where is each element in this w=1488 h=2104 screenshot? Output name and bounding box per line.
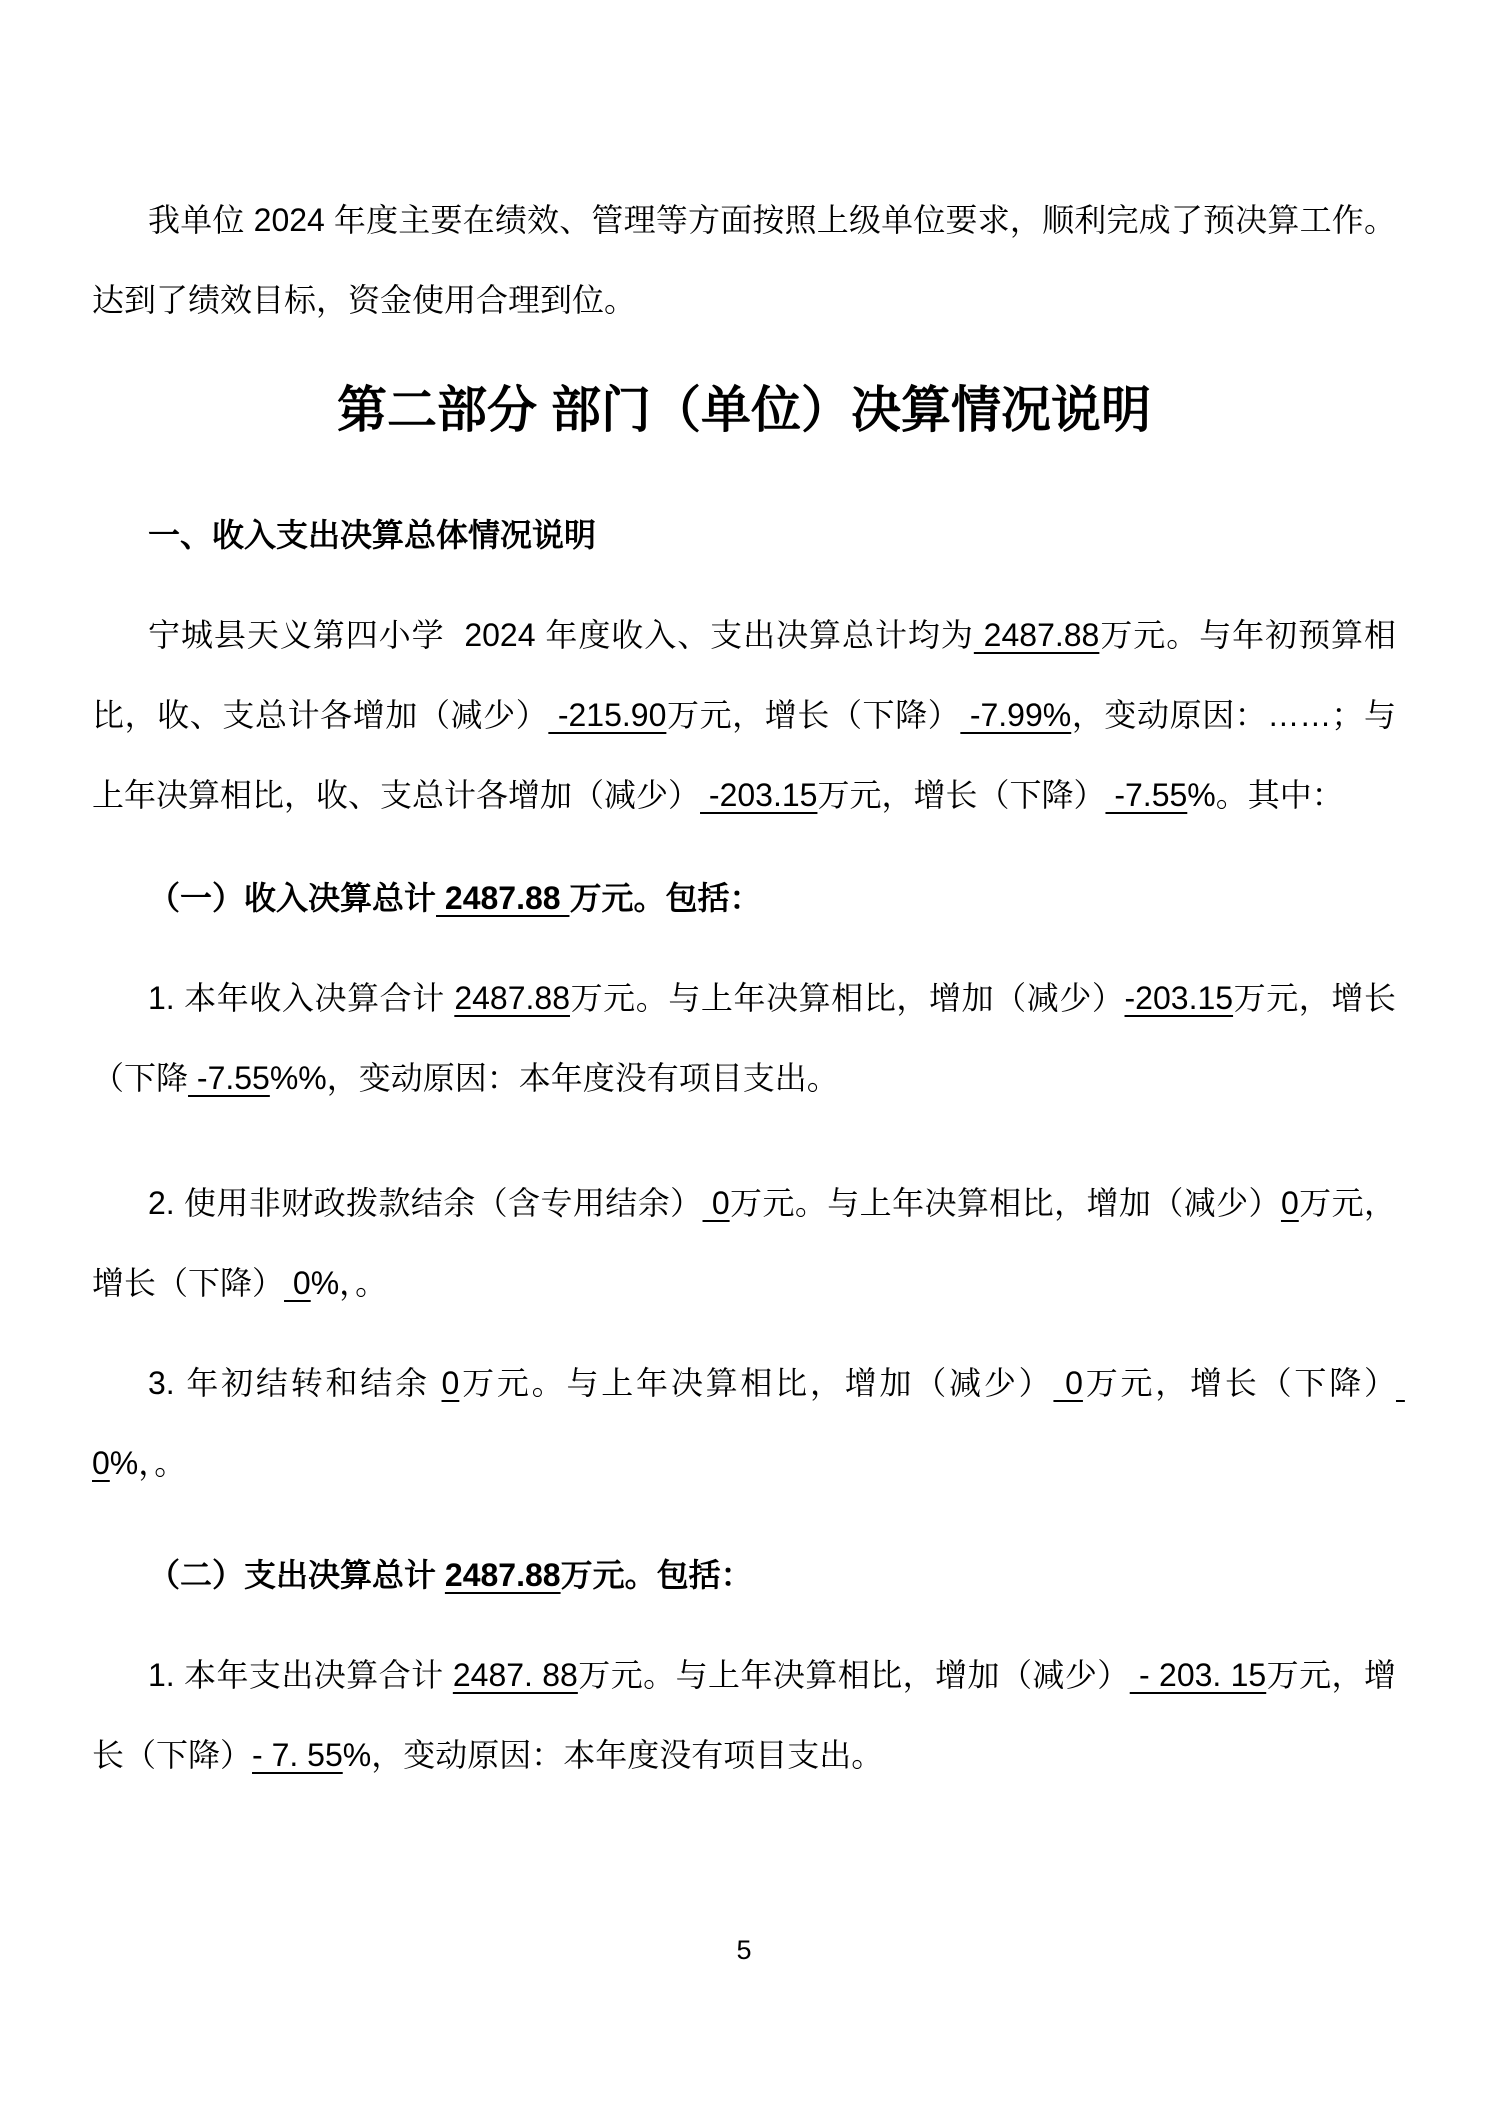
income-item-3-paragraph: 3. 年初结转和结余 0万元。与上年决算相比，增加（减少） 0万元，增长（下降）… <box>92 1343 1396 1503</box>
intro-paragraph: 我单位 2024 年度主要在绩效、管理等方面按照上级单位要求，顺利完成了预决算工… <box>92 180 1396 340</box>
expense-item-1-paragraph: 1. 本年支出决算合计 2487. 88万元。与上年决算相比，增加（减少） - … <box>92 1635 1396 1795</box>
income-item-2-paragraph: 2. 使用非财政拨款结余（含专用结余） 0万元。与上年决算相比，增加（减少）0万… <box>92 1163 1396 1323</box>
income-item-1-paragraph: 1. 本年收入决算合计 2487.88万元。与上年决算相比，增加（减少）-203… <box>92 958 1396 1118</box>
document-page: 我单位 2024 年度主要在绩效、管理等方面按照上级单位要求，顺利完成了预决算工… <box>0 0 1488 2104</box>
document-content: 我单位 2024 年度主要在绩效、管理等方面按照上级单位要求，顺利完成了预决算工… <box>92 180 1396 1795</box>
part-two-heading: 第二部分 部门（单位）决算情况说明 <box>92 380 1396 440</box>
expense-total-heading: （二）支出决算总计 2487.88万元。包括： <box>92 1535 1396 1615</box>
overview-paragraph: 宁城县天义第四小学 2024 年度收入、支出决算总计均为 2487.88万元。与… <box>92 595 1396 835</box>
income-total-heading: （一）收入决算总计 2487.88 万元。包括： <box>92 858 1396 938</box>
page-number: 5 <box>0 1930 1488 1970</box>
section-one-heading: 一、收入支出决算总体情况说明 <box>92 495 1396 575</box>
